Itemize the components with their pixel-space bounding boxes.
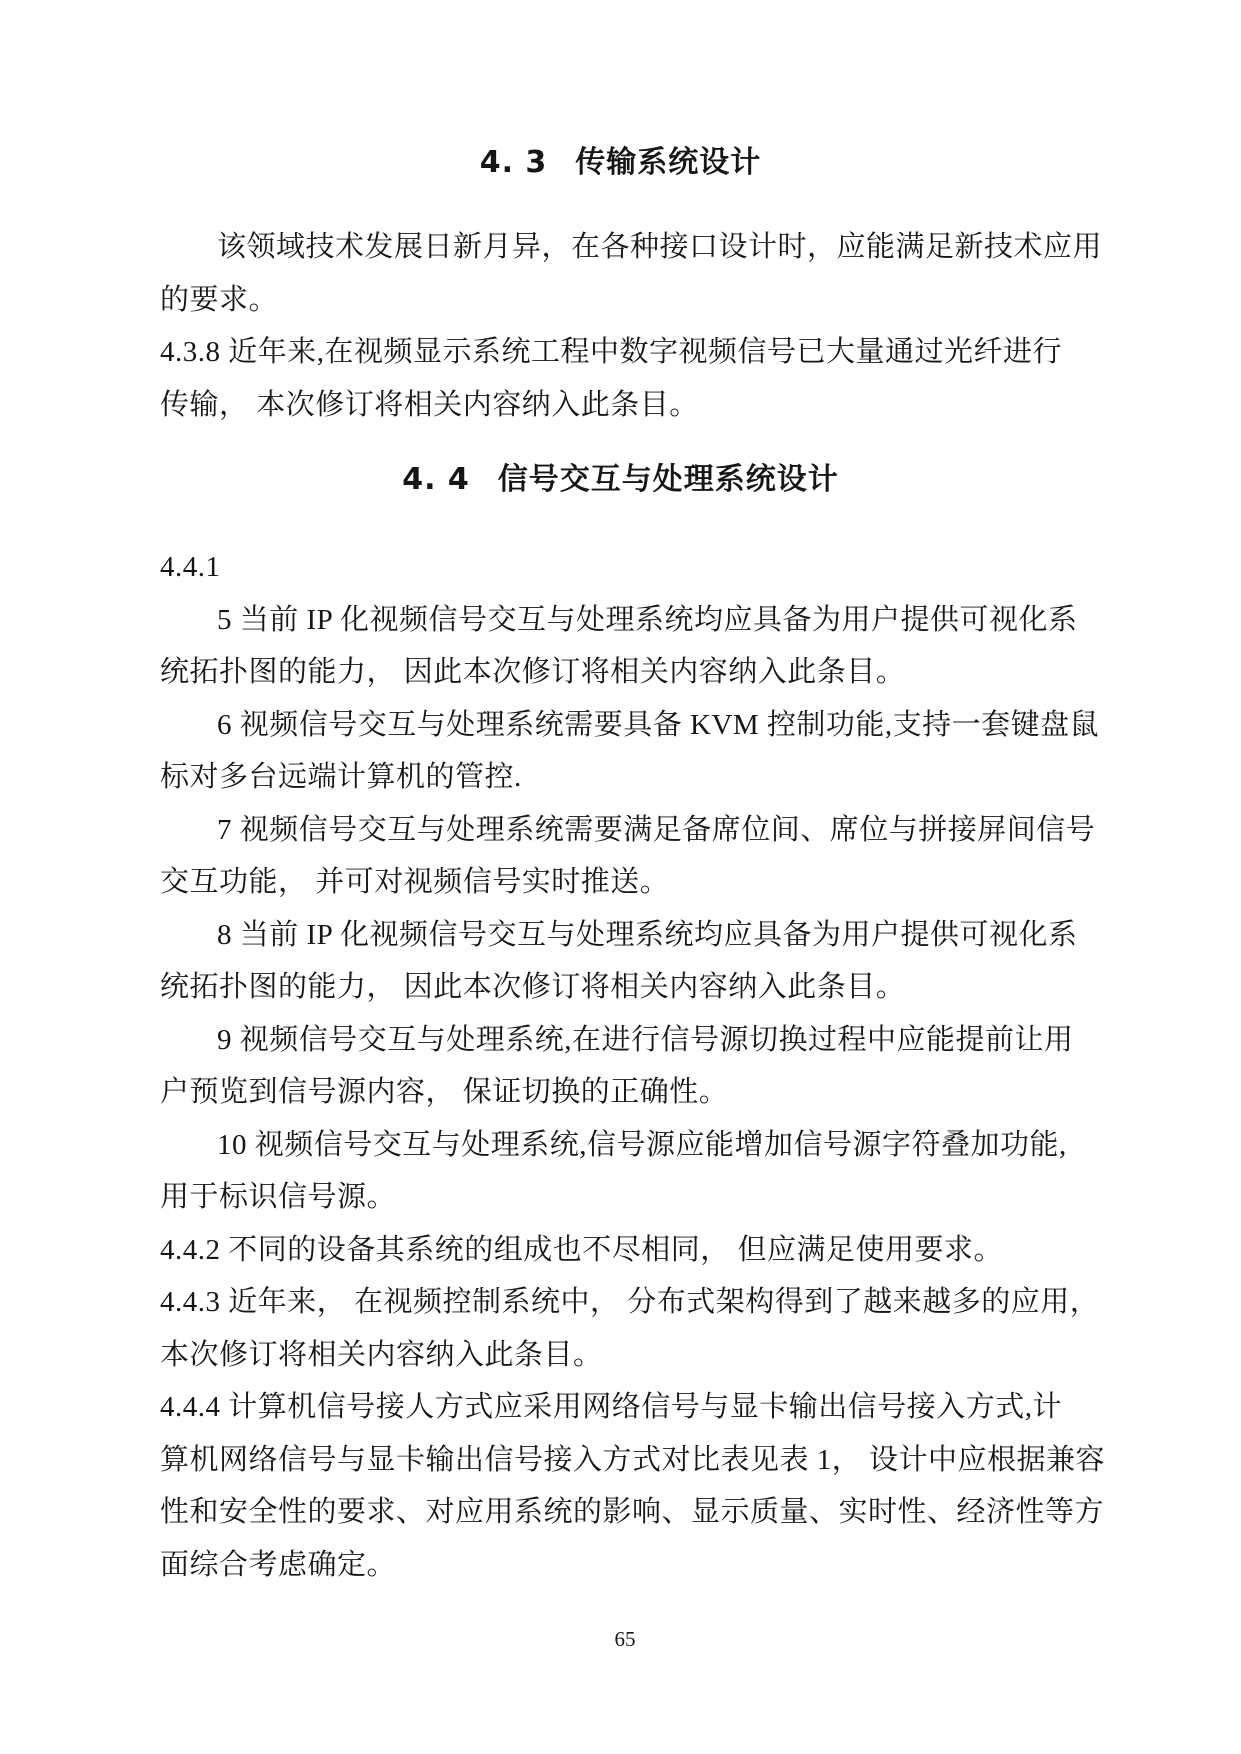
section-heading-4-4: 4. 4信号交互与处理系统设计 bbox=[0, 460, 1241, 500]
text-line: 交互功能， 并可对视频信号实时推送。 bbox=[160, 856, 1090, 909]
section-number: 4. 3 bbox=[480, 145, 548, 180]
section-title: 信号交互与处理系统设计 bbox=[498, 462, 839, 497]
text-line: 面综合考虑确定。 bbox=[160, 1539, 1090, 1592]
section-number: 4. 4 bbox=[402, 462, 470, 497]
text-line: 的要求。 bbox=[160, 274, 1090, 327]
document-page: 4. 3传输系统设计 该领域技术发展日新月异，在各种接口设计时，应能满足新技术应… bbox=[0, 0, 1241, 1754]
text-line: 7 视频信号交互与处理系统需要满足备席位间、席位与拼接屏间信号 bbox=[160, 804, 1090, 857]
section-4-4-body: 4.4.1 5 当前 IP 化视频信号交互与处理系统均应具备为用户提供可视化系 … bbox=[160, 541, 1090, 1591]
text-line: 户预览到信号源内容， 保证切换的正确性。 bbox=[160, 1066, 1090, 1119]
text-line: 10 视频信号交互与处理系统,信号源应能增加信号源字符叠加功能, bbox=[160, 1119, 1090, 1172]
text-line: 标对多台远端计算机的管控. bbox=[160, 751, 1090, 804]
section-4-3-body: 该领域技术发展日新月异，在各种接口设计时，应能满足新技术应用 的要求。 4.3.… bbox=[160, 221, 1090, 431]
text-line: 4.4.2 不同的设备其系统的组成也不尽相同， 但应满足使用要求。 bbox=[160, 1224, 1090, 1277]
text-line: 9 视频信号交互与处理系统,在进行信号源切换过程中应能提前让用 bbox=[160, 1014, 1090, 1067]
text-line: 5 当前 IP 化视频信号交互与处理系统均应具备为用户提供可视化系 bbox=[160, 594, 1090, 647]
page-number: 65 bbox=[160, 1624, 1090, 1654]
text-line: 本次修订将相关内容纳入此条目。 bbox=[160, 1329, 1090, 1382]
text-line: 算机网络信号与显卡输出信号接入方式对比表见表 1， 设计中应根据兼容 bbox=[160, 1434, 1090, 1487]
text-line: 统拓扑图的能力， 因此本次修订将相关内容纳入此条目。 bbox=[160, 646, 1090, 699]
text-line: 传输， 本次修订将相关内容纳入此条目。 bbox=[160, 379, 1090, 432]
section-heading-4-3: 4. 3传输系统设计 bbox=[0, 143, 1241, 183]
section-title: 传输系统设计 bbox=[575, 145, 761, 180]
text-line: 性和安全性的要求、对应用系统的影响、显示质量、实时性、经济性等方 bbox=[160, 1486, 1090, 1539]
text-line: 用于标识信号源。 bbox=[160, 1171, 1090, 1224]
text-line: 8 当前 IP 化视频信号交互与处理系统均应具备为用户提供可视化系 bbox=[160, 909, 1090, 962]
text-line: 4.3.8 近年来,在视频显示系统工程中数字视频信号已大量通过光纤进行 bbox=[160, 326, 1090, 379]
text-line: 6 视频信号交互与处理系统需要具备 KVM 控制功能,支持一套键盘鼠 bbox=[160, 699, 1090, 752]
text-line: 4.4.3 近年来， 在视频控制系统中， 分布式架构得到了越来越多的应用， bbox=[160, 1276, 1090, 1329]
text-line: 4.4.4 计算机信号接人方式应采用网络信号与显卡输出信号接入方式,计 bbox=[160, 1381, 1090, 1434]
text-line: 该领域技术发展日新月异，在各种接口设计时，应能满足新技术应用 bbox=[160, 221, 1090, 274]
text-line: 4.4.1 bbox=[160, 541, 1090, 594]
text-line: 统拓扑图的能力， 因此本次修订将相关内容纳入此条目。 bbox=[160, 961, 1090, 1014]
